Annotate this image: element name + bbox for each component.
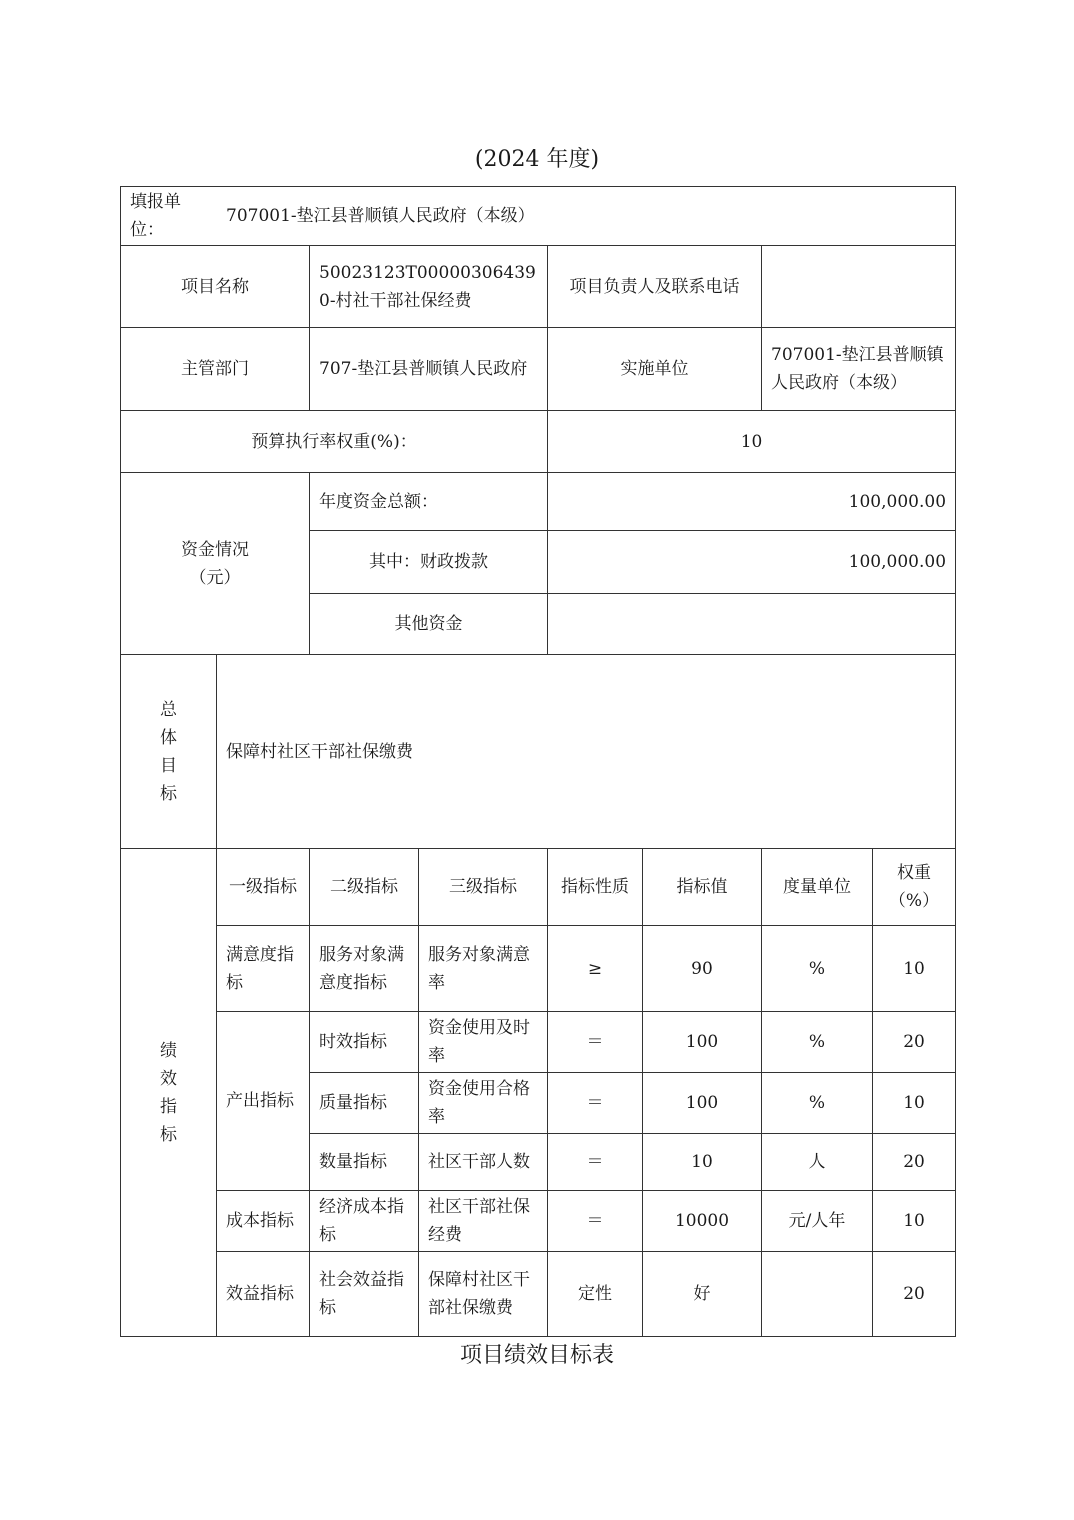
value-cell: 100: [643, 1012, 762, 1073]
value-cell: 10: [643, 1134, 762, 1191]
goal-char: 标: [130, 780, 207, 808]
nature-cell: ≥: [548, 926, 643, 1012]
level3-cell: 资金使用合格率: [419, 1073, 548, 1134]
indicators-label: 绩 效 指 标: [121, 849, 217, 1337]
col-header-level2: 二级指标: [310, 849, 419, 926]
dept-value: 707-垫江县普顺镇人民政府: [310, 328, 548, 411]
level1-cell: 满意度指标: [217, 926, 310, 1012]
total-funds-value: 100,000.00: [548, 473, 956, 531]
table-row: 满意度指标 服务对象满意度指标 服务对象满意率 ≥ 90 % 10: [121, 926, 956, 1012]
funds-label-line2: （元）: [130, 564, 300, 592]
goal-char: 目: [130, 752, 207, 780]
value-cell: 好: [643, 1252, 762, 1337]
level2-cell: 服务对象满意度指标: [310, 926, 419, 1012]
unit-cell: 人: [762, 1134, 873, 1191]
budget-weight-label: 预算执行率权重(%)：: [121, 411, 548, 473]
value-cell: 90: [643, 926, 762, 1012]
goal-char: 体: [130, 724, 207, 752]
col-header-unit: 度量单位: [762, 849, 873, 926]
dept-label: 主管部门: [121, 328, 310, 411]
nature-cell: ＝: [548, 1073, 643, 1134]
level1-cell: 成本指标: [217, 1191, 310, 1252]
overall-goal-label: 总 体 目 标: [121, 655, 217, 849]
table-caption: 项目绩效目标表: [0, 1338, 1074, 1369]
level3-cell: 社区干部社保经费: [419, 1191, 548, 1252]
table-row: 成本指标 经济成本指标 社区干部社保经费 ＝ 10000 元/人年 10: [121, 1191, 956, 1252]
other-funds-label: 其他资金: [310, 594, 548, 655]
level3-cell: 保障村社区干部社保缴费: [419, 1252, 548, 1337]
performance-target-table: 填报单位： 707001-垫江县普顺镇人民政府（本级） 项目名称 5002312…: [120, 186, 956, 1337]
col-header-nature: 指标性质: [548, 849, 643, 926]
total-funds-label: 年度资金总额：: [310, 473, 548, 531]
impl-unit-value: 707001-垫江县普顺镇人民政府（本级）: [762, 328, 956, 411]
weight-cell: 10: [873, 1073, 956, 1134]
other-funds-value: [548, 594, 956, 655]
table-row: 产出指标 时效指标 资金使用及时率 ＝ 100 % 20: [121, 1012, 956, 1073]
level2-cell: 社会效益指标: [310, 1252, 419, 1337]
unit-cell: [762, 1252, 873, 1337]
funds-label: 资金情况 （元）: [121, 473, 310, 655]
level3-cell: 资金使用及时率: [419, 1012, 548, 1073]
project-name-value: 50023123T000003064390-村社干部社保经费: [310, 246, 548, 328]
unit-cell: %: [762, 926, 873, 1012]
level3-cell: 服务对象满意率: [419, 926, 548, 1012]
nature-cell: ＝: [548, 1134, 643, 1191]
year-label: (2024 年度): [0, 142, 1074, 173]
reporting-unit-value: 707001-垫江县普顺镇人民政府（本级）: [226, 202, 535, 230]
weight-cell: 20: [873, 1012, 956, 1073]
table-row: 效益指标 社会效益指标 保障村社区干部社保缴费 定性 好 20: [121, 1252, 956, 1337]
indicator-char: 指: [130, 1093, 207, 1121]
fiscal-funds-value: 100,000.00: [548, 531, 956, 594]
value-cell: 10000: [643, 1191, 762, 1252]
weight-cell: 20: [873, 1134, 956, 1191]
indicator-char: 标: [130, 1121, 207, 1149]
project-name-label: 项目名称: [121, 246, 310, 328]
level2-cell: 数量指标: [310, 1134, 419, 1191]
nature-cell: 定性: [548, 1252, 643, 1337]
funds-label-line1: 资金情况: [130, 536, 300, 564]
level1-cell: 产出指标: [217, 1012, 310, 1191]
reporting-unit-row: 填报单位： 707001-垫江县普顺镇人民政府（本级）: [121, 187, 956, 246]
nature-cell: ＝: [548, 1012, 643, 1073]
unit-cell: 元/人年: [762, 1191, 873, 1252]
level2-cell: 质量指标: [310, 1073, 419, 1134]
weight-cell: 10: [873, 926, 956, 1012]
fiscal-funds-label: 其中：财政拨款: [310, 531, 548, 594]
weight-cell: 10: [873, 1191, 956, 1252]
goal-char: 总: [130, 696, 207, 724]
value-cell: 100: [643, 1073, 762, 1134]
level3-cell: 社区干部人数: [419, 1134, 548, 1191]
col-header-weight: 权重（%）: [873, 849, 956, 926]
indicator-char: 绩: [130, 1037, 207, 1065]
indicator-char: 效: [130, 1065, 207, 1093]
col-header-level3: 三级指标: [419, 849, 548, 926]
budget-weight-value: 10: [548, 411, 956, 473]
level1-cell: 效益指标: [217, 1252, 310, 1337]
level2-cell: 经济成本指标: [310, 1191, 419, 1252]
impl-unit-label: 实施单位: [548, 328, 762, 411]
contact-label: 项目负责人及联系电话: [548, 246, 762, 328]
reporting-unit-label: 填报单位：: [130, 188, 182, 244]
overall-goal-value: 保障村社区干部社保缴费: [217, 655, 956, 849]
unit-cell: %: [762, 1012, 873, 1073]
col-header-value: 指标值: [643, 849, 762, 926]
unit-cell: %: [762, 1073, 873, 1134]
nature-cell: ＝: [548, 1191, 643, 1252]
contact-value: [762, 246, 956, 328]
col-header-level1: 一级指标: [217, 849, 310, 926]
weight-cell: 20: [873, 1252, 956, 1337]
level2-cell: 时效指标: [310, 1012, 419, 1073]
